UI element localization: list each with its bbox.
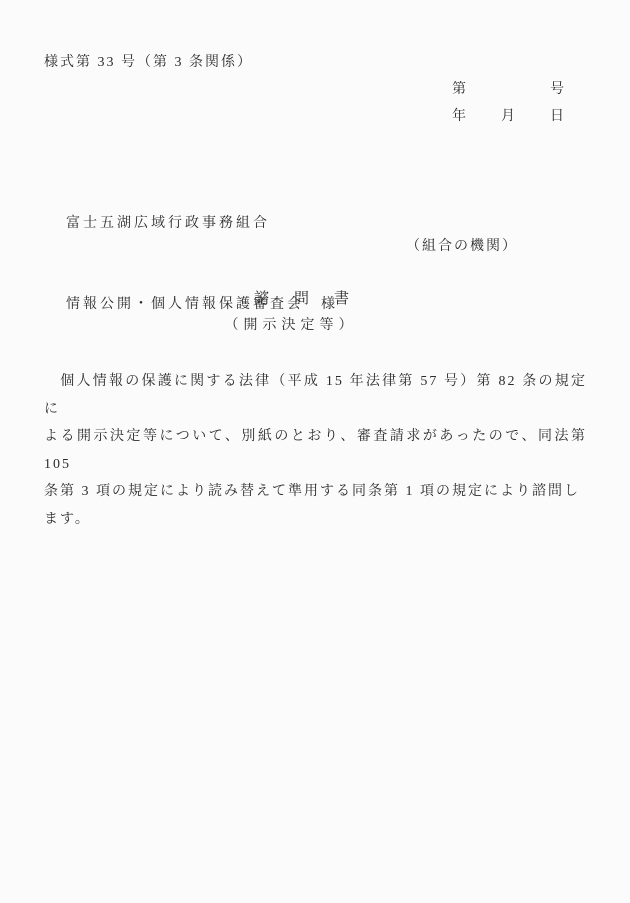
body-line: 条第 3 項の規定により読み替えて準用する同条第 1 項の規定により諮問し bbox=[44, 478, 587, 506]
addressee-block: 富士五湖広域行政事務組合 情報公開・個人情報保護審査会 様 bbox=[66, 156, 338, 372]
date-year-label: 年 bbox=[452, 105, 466, 125]
form-number-label: 様式第 33 号（第 3 条関係） bbox=[44, 51, 253, 71]
document-number-line: 第 号 bbox=[452, 78, 564, 98]
document-title: 諮 問 書 bbox=[0, 287, 608, 308]
doc-number-prefix: 第 bbox=[452, 78, 466, 98]
addressee-organization: 富士五湖広域行政事務組合 bbox=[66, 210, 338, 237]
document-subtitle: （開示決定等） bbox=[0, 314, 582, 334]
body-line: よる開示決定等について、別紙のとおり、審査請求があったので、同法第 105 bbox=[44, 423, 587, 478]
document-page: 様式第 33 号（第 3 条関係） 第 号 年 月 日 富士五湖広域行政事務組合… bbox=[0, 0, 630, 903]
date-month-label: 月 bbox=[501, 105, 515, 125]
doc-number-suffix: 号 bbox=[550, 78, 564, 98]
date-day-label: 日 bbox=[550, 105, 564, 125]
body-line: ます。 bbox=[44, 506, 587, 534]
sender-label: （組合の機関） bbox=[0, 235, 630, 255]
body-paragraph: 個人情報の保護に関する法律（平成 15 年法律第 57 号）第 82 条の規定に… bbox=[44, 368, 587, 533]
date-line: 年 月 日 bbox=[452, 105, 564, 125]
body-line: 個人情報の保護に関する法律（平成 15 年法律第 57 号）第 82 条の規定に bbox=[44, 368, 587, 423]
